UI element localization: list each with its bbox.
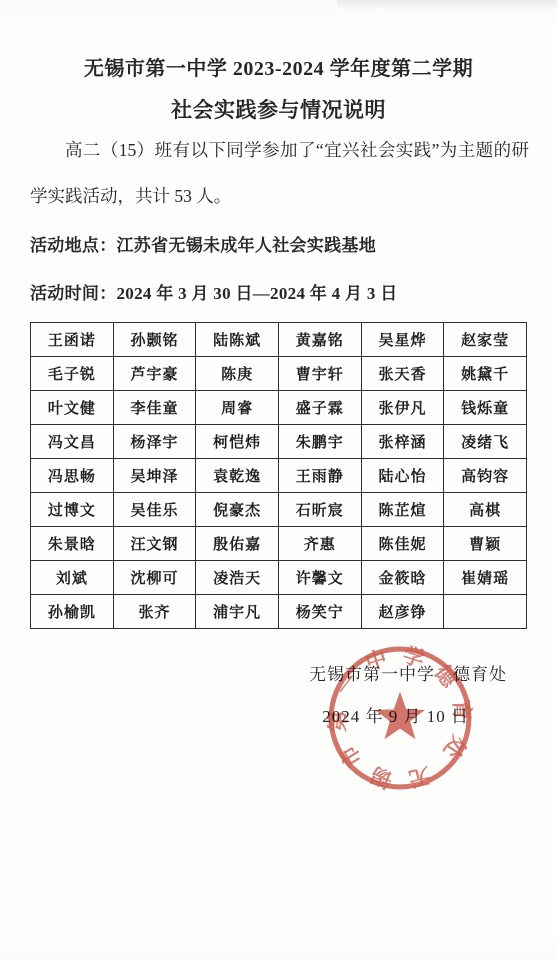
student-name-cell: 钱烁童 [444,391,527,425]
student-name-cell: 张齐 [113,595,196,629]
document-title-line1: 无锡市第一中学 2023-2024 学年度第二学期 [0,52,557,81]
activity-location-label: 活动地点： [30,236,117,255]
student-name-cell: 柯恺炜 [196,425,279,459]
student-name-cell: 金筱晗 [361,561,444,595]
student-name-cell: 许馨文 [278,561,361,595]
student-name-cell: 张伊凡 [361,391,444,425]
student-name-cell: 石昕宸 [278,493,361,527]
table-row: 叶文健李佳童周睿盛子霖张伊凡钱烁童 [31,391,527,425]
table-row: 孙榆凯张齐浦宇凡杨笑宁赵彦铮 [31,595,527,629]
student-name-cell: 赵彦铮 [361,595,444,629]
table-row: 毛子锐芦宇豪陈庚曹宇轩张天香姚黛千 [31,357,527,391]
activity-time-line: 活动时间：2024 年 3 月 30 日—2024 年 4 月 3 日 [30,279,530,304]
student-name-cell: 高棋 [444,493,527,527]
student-name-cell [444,595,527,629]
student-name-cell: 浦宇凡 [196,595,279,629]
student-name-cell: 孙榆凯 [31,595,114,629]
student-name-cell: 陆心怡 [361,459,444,493]
student-name-cell: 陆陈斌 [196,323,279,357]
student-name-cell: 吴坤泽 [113,459,196,493]
student-name-cell: 周睿 [196,391,279,425]
student-name-cell: 芦宇豪 [113,357,196,391]
student-name-cell: 倪豪杰 [196,493,279,527]
student-name-cell: 姚黛千 [444,357,527,391]
student-name-cell: 冯文昌 [31,425,114,459]
student-roster-body: 王函诺孙颢铭陆陈斌黄嘉铭吴星烨赵家莹毛子锐芦宇豪陈庚曹宇轩张天香姚黛千叶文健李佳… [31,323,527,629]
student-name-cell: 高钧容 [444,459,527,493]
student-name-cell: 叶文健 [31,391,114,425]
student-name-cell: 过博文 [31,493,114,527]
student-name-cell: 盛子霖 [278,391,361,425]
table-row: 王函诺孙颢铭陆陈斌黄嘉铭吴星烨赵家莹 [31,323,527,357]
student-name-cell: 殷佑嘉 [196,527,279,561]
activity-location-line: 活动地点：江苏省无锡未成年人社会实践基地 [30,231,530,256]
student-name-cell: 齐惠 [278,527,361,561]
student-name-cell: 凌绪飞 [444,425,527,459]
signature-date: 2024 年 9 月 10 日 [322,702,469,727]
table-row: 朱景晗汪文钢殷佑嘉齐惠陈佳妮曹颖 [31,527,527,561]
student-name-cell: 朱景晗 [31,527,114,561]
student-name-cell: 汪文钢 [113,527,196,561]
activity-location-value: 江苏省无锡未成年人社会实践基地 [117,236,377,255]
student-name-cell: 李佳童 [113,391,196,425]
student-name-cell: 毛子锐 [31,357,114,391]
student-name-cell: 黄嘉铭 [278,323,361,357]
student-name-cell: 孙颢铭 [113,323,196,357]
student-name-cell: 沈柳可 [113,561,196,595]
student-name-cell: 冯思畅 [31,459,114,493]
student-name-cell: 赵家莹 [444,323,527,357]
student-name-cell: 杨笑宁 [278,595,361,629]
activity-time-label: 活动时间： [30,284,117,303]
student-name-cell: 崔婧瑶 [444,561,527,595]
photo-edge-shade [337,0,557,10]
student-roster-table: 王函诺孙颢铭陆陈斌黄嘉铭吴星烨赵家莹毛子锐芦宇豪陈庚曹宇轩张天香姚黛千叶文健李佳… [30,322,527,629]
student-name-cell: 王函诺 [31,323,114,357]
activity-time-value: 2024 年 3 月 30 日—2024 年 4 月 3 日 [117,284,398,303]
student-name-cell: 袁乾逸 [196,459,279,493]
table-row: 冯思畅吴坤泽袁乾逸王雨静陆心怡高钧容 [31,459,527,493]
intro-paragraph: 高二（15）班有以下同学参加了“宜兴社会实践”为主题的研学实践活动，共计 53 … [30,127,529,219]
document-title-line2: 社会实践参与情况说明 [0,94,557,124]
student-name-cell: 陈庚 [196,357,279,391]
student-name-cell: 张梓涵 [361,425,444,459]
student-name-cell: 曹宇轩 [278,357,361,391]
student-name-cell: 凌浩天 [196,561,279,595]
student-name-cell: 陈芷煊 [361,493,444,527]
table-row: 刘斌沈柳可凌浩天许馨文金筱晗崔婧瑶 [31,561,527,595]
student-name-cell: 杨泽宇 [113,425,196,459]
student-name-cell: 曹颖 [444,527,527,561]
table-row: 冯文昌杨泽宇柯恺炜朱鹏宇张梓涵凌绪飞 [31,425,527,459]
signature-line: 无锡市第一中学 德育处 [309,660,507,685]
document-page: 无锡市第一中学 2023-2024 学年度第二学期 社会实践参与情况说明 高二（… [0,0,557,960]
student-name-cell: 陈佳妮 [361,527,444,561]
table-row: 过博文吴佳乐倪豪杰石昕宸陈芷煊高棋 [31,493,527,527]
student-name-cell: 吴星烨 [361,323,444,357]
student-name-cell: 朱鹏宇 [278,425,361,459]
student-name-cell: 张天香 [361,357,444,391]
student-name-cell: 王雨静 [278,459,361,493]
student-name-cell: 吴佳乐 [113,493,196,527]
student-name-cell: 刘斌 [31,561,114,595]
